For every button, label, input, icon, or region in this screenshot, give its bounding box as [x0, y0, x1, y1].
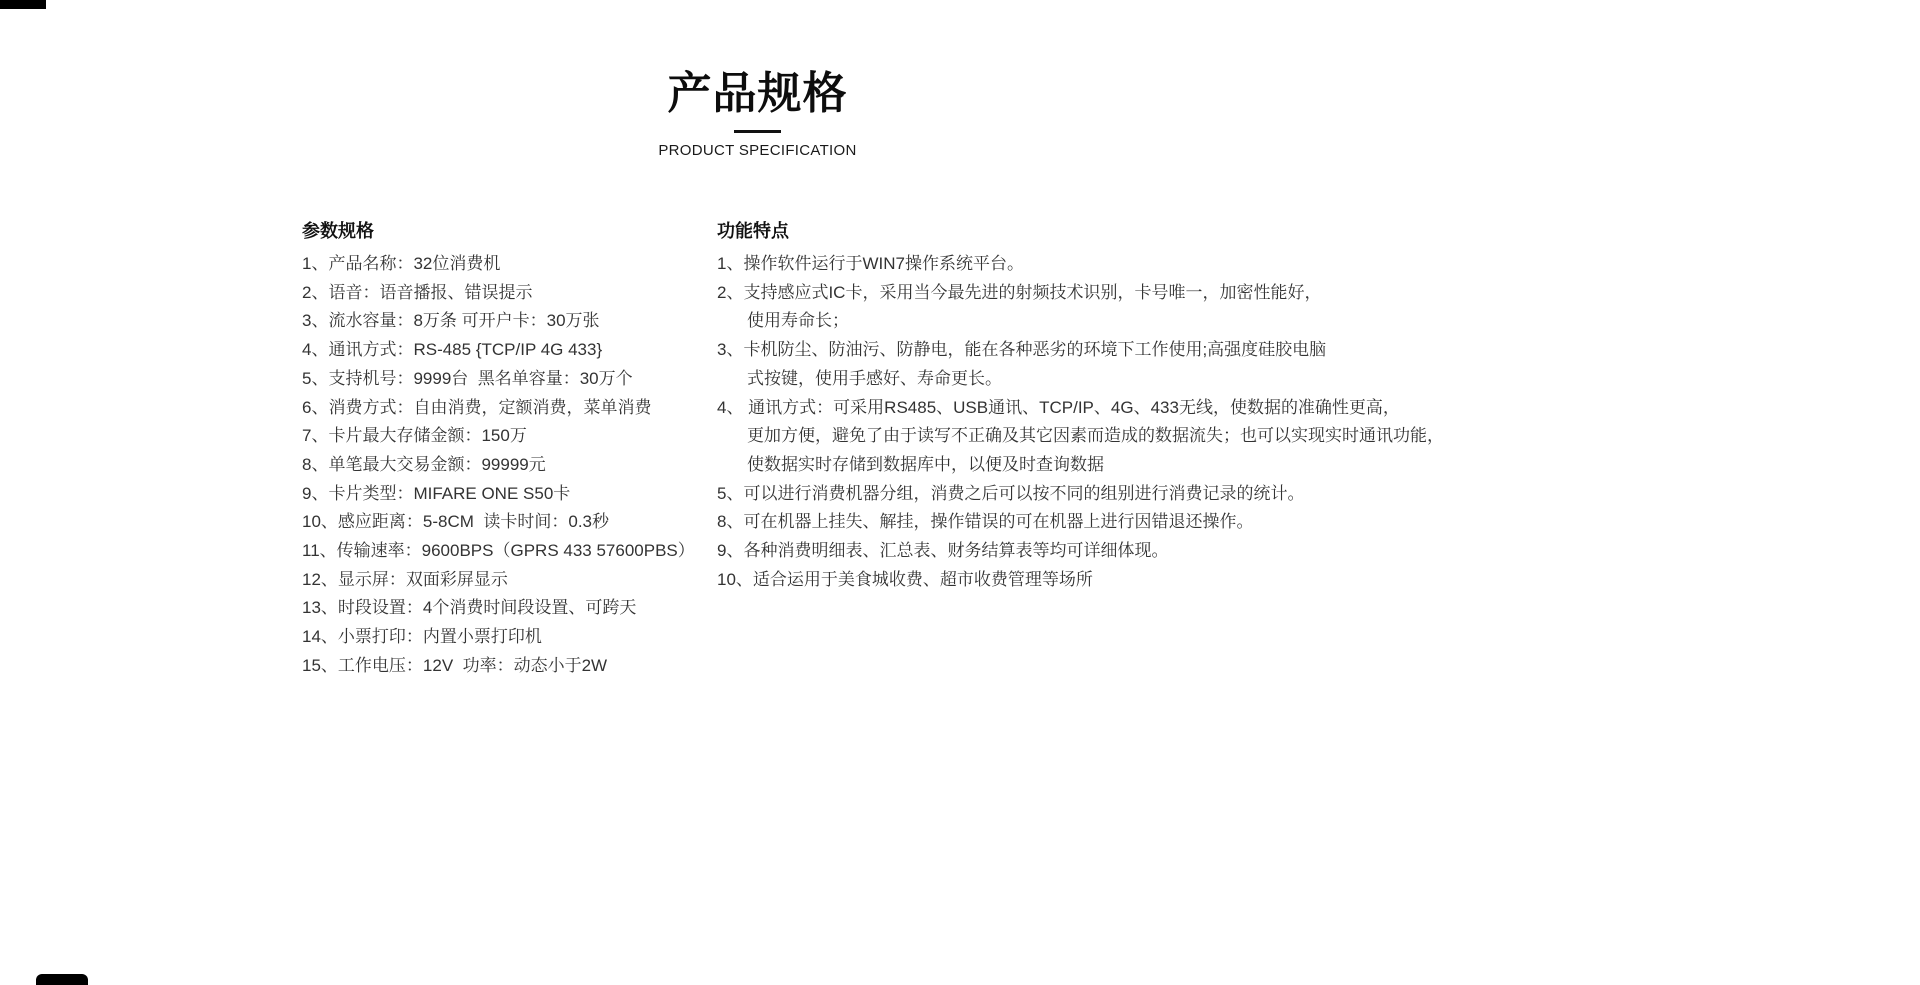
specs-column: 参数规格 1、产品名称：32位消费机2、语音：语音播报、错误提示3、流水容量：8… — [302, 219, 695, 681]
list-item-line: 式按键，使用手感好、寿命更长。 — [717, 365, 1444, 394]
list-item-line: 更加方便，避免了由于读写不正确及其它因素而造成的数据流失；也可以实现实时通讯功能… — [717, 422, 1444, 451]
title-divider — [734, 130, 781, 133]
list-item-line: 8、可在机器上挂失、解挂，操作错误的可在机器上进行因错退还操作。 — [717, 508, 1444, 537]
list-item-line: 10、感应距离：5-8CM 读卡时间：0.3秒 — [302, 508, 695, 537]
list-item-line: 15、工作电压：12V 功率：动态小于2W — [302, 652, 695, 681]
list-item-line: 3、流水容量：8万条 可开户卡：30万张 — [302, 307, 695, 336]
list-item-line: 1、操作软件运行于WIN7操作系统平台。 — [717, 250, 1444, 279]
list-item-line: 12、显示屏：双面彩屏显示 — [302, 566, 695, 595]
list-item-line: 使数据实时存储到数据库中，以便及时查询数据 — [717, 451, 1444, 480]
specs-heading: 参数规格 — [302, 219, 695, 243]
list-item-line: 5、支持机号：9999台 黑名单容量：30万个 — [302, 365, 695, 394]
list-item-line: 4、 通讯方式：可采用RS485、USB通讯、TCP/IP、4G、433无线，使… — [717, 394, 1444, 423]
list-item-line: 11、传输速率：9600BPS（GPRS 433 57600PBS） — [302, 537, 695, 566]
list-item-line: 10、适合运用于美食城收费、超市收费管理等场所 — [717, 566, 1444, 595]
features-list: 1、操作软件运行于WIN7操作系统平台。2、支持感应式IC卡，采用当今最先进的射… — [717, 250, 1444, 594]
page-subtitle: PRODUCT SPECIFICATION — [0, 142, 1515, 160]
list-item-line: 4、通讯方式：RS-485 {TCP/IP 4G 433} — [302, 336, 695, 365]
list-item-line: 8、单笔最大交易金额：99999元 — [302, 451, 695, 480]
bottom-edge-fragment — [36, 974, 88, 985]
features-heading: 功能特点 — [717, 219, 1444, 243]
section-header: 产品规格 PRODUCT SPECIFICATION — [0, 62, 1515, 160]
list-item-line: 7、卡片最大存储金额：150万 — [302, 422, 695, 451]
list-item-line: 2、支持感应式IC卡，采用当今最先进的射频技术识别，卡号唯一，加密性能好， — [717, 279, 1444, 308]
features-column: 功能特点 1、操作软件运行于WIN7操作系统平台。2、支持感应式IC卡，采用当今… — [717, 219, 1444, 594]
list-item-line: 13、时段设置：4个消费时间段设置、可跨天 — [302, 594, 695, 623]
list-item-line: 9、卡片类型：MIFARE ONE S50卡 — [302, 480, 695, 509]
list-item-line: 1、产品名称：32位消费机 — [302, 250, 695, 279]
page-title: 产品规格 — [0, 62, 1515, 126]
specs-list: 1、产品名称：32位消费机2、语音：语音播报、错误提示3、流水容量：8万条 可开… — [302, 250, 695, 681]
list-item-line: 2、语音：语音播报、错误提示 — [302, 279, 695, 308]
product-spec-page: 产品规格 PRODUCT SPECIFICATION 参数规格 1、产品名称：3… — [0, 0, 1920, 985]
top-edge-fragment — [0, 0, 46, 9]
list-item-line: 14、小票打印：内置小票打印机 — [302, 623, 695, 652]
list-item-line: 5、可以进行消费机器分组，消费之后可以按不同的组别进行消费记录的统计。 — [717, 480, 1444, 509]
list-item-line: 3、卡机防尘、防油污、防静电，能在各种恶劣的环境下工作使用;高强度硅胶电脑 — [717, 336, 1444, 365]
list-item-line: 使用寿命长； — [717, 307, 1444, 336]
list-item-line: 9、各种消费明细表、汇总表、财务结算表等均可详细体现。 — [717, 537, 1444, 566]
list-item-line: 6、消费方式：自由消费，定额消费，菜单消费 — [302, 394, 695, 423]
